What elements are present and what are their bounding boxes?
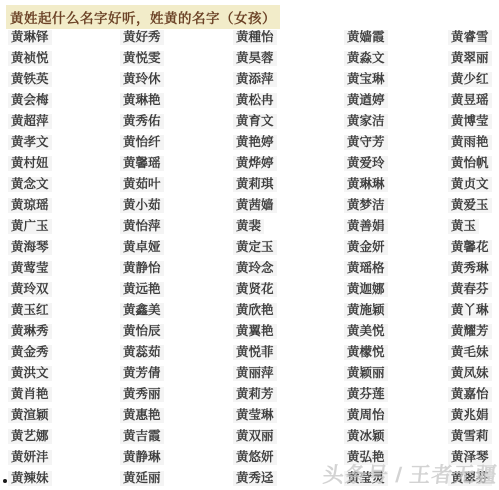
name-item: 黄昱瑶 (448, 93, 492, 108)
name-item: 黄延丽 (120, 471, 164, 486)
name-column-2: 黄好秀黄悦雯黄玲休黄琳艳黄秀佑黄怡纤黄馨瑶黄茹叶黄小茹黄怡萍黄卓娅黄静怡黄远艳黄… (120, 30, 164, 490)
name-column-1: 黄琳铎黄祯悦黄铁英黄会梅黄超萍黄孝文黄村妞黄念文黄琼瑶黄广玉黄海琴黄莺莹黄玲双黄… (8, 30, 52, 490)
name-item: 黄念文 (8, 177, 52, 192)
name-item: 黄翠丽 (448, 51, 492, 66)
name-item: 黄馨花 (448, 240, 492, 255)
name-item: 黄琳铎 (8, 30, 52, 45)
name-item: 黄秀丽 (120, 387, 164, 402)
name-item: 黄渲颖 (8, 408, 52, 423)
name-item: 黄玉 (448, 219, 479, 234)
name-item: 黄金妍 (344, 240, 388, 255)
name-item: 黄梦洁 (344, 198, 388, 213)
name-item: 黄琼瑶 (8, 198, 52, 213)
name-item: 黄春芬 (448, 282, 492, 297)
name-column-4: 黄嫱霞黄淼文黄宝琳黄遒婷黄家洁黄守芳黄爱玲黄琳琳黄梦洁黄善娟黄金妍黄瑶格黄迦娜黄… (344, 30, 388, 490)
name-item: 黄莺莹 (8, 261, 52, 276)
name-item: 黄嘉怡 (448, 387, 492, 402)
name-item: 黄村妞 (8, 156, 52, 171)
name-item: 黄嫱霞 (344, 30, 388, 45)
name-item: 黄怡萍 (120, 219, 164, 234)
name-item: 黄超萍 (8, 114, 52, 129)
name-item: 黄施颖 (344, 303, 388, 318)
name-item: 黄悦菲 (233, 345, 277, 360)
name-item: 黄雪莉 (448, 429, 492, 444)
name-item: 黄好秀 (120, 30, 164, 45)
name-item: 黄爱玉 (448, 198, 492, 213)
name-item: 黄艺娜 (8, 429, 52, 444)
name-item: 黄茜嫱 (233, 198, 277, 213)
name-item: 黄怡纤 (120, 135, 164, 150)
name-item: 黄双丽 (233, 429, 277, 444)
name-item: 黄玲念 (233, 261, 277, 276)
name-item: 黄凤妹 (448, 366, 492, 381)
name-item: 黄金秀 (8, 345, 52, 360)
name-item: 黄添萍 (233, 72, 277, 87)
name-item: 黄琳秀 (8, 324, 52, 339)
name-item: 黄守芳 (344, 135, 388, 150)
name-item: 黄怡辰 (120, 324, 164, 339)
name-item: 黄迦娜 (344, 282, 388, 297)
name-item: 黄远艳 (120, 282, 164, 297)
name-item: 黄周怡 (344, 408, 388, 423)
name-item: 黄惠艳 (120, 408, 164, 423)
name-item: 黄悦雯 (120, 51, 164, 66)
name-item: 黄丽萍 (233, 366, 277, 381)
name-item: 黄卓娅 (120, 240, 164, 255)
name-item: 黄孝文 (8, 135, 52, 150)
name-item: 黄秀迳 (233, 471, 277, 486)
name-item: 黄育文 (233, 114, 277, 129)
name-item: 黄莹琳 (233, 408, 277, 423)
name-item: 黄冰颖 (344, 429, 388, 444)
name-item: 黄昊蓉 (233, 51, 277, 66)
name-item: 黄玲双 (8, 282, 52, 297)
name-item: 黄裴 (233, 219, 264, 234)
article-title: 黄姓起什么名字好听，姓黄的名字（女孩） (6, 5, 280, 29)
name-item: 黄莉琪 (233, 177, 277, 192)
name-item: 黄秀琳 (448, 261, 492, 276)
name-item: 黄少红 (448, 72, 492, 87)
name-item: 黄美悦 (344, 324, 388, 339)
name-item: 黄鑫美 (120, 303, 164, 318)
name-item: 黄兆娟 (448, 408, 492, 423)
name-item: 黄善娟 (344, 219, 388, 234)
name-item: 黄静琳 (120, 450, 164, 465)
name-item: 黄翠芬 (448, 471, 492, 486)
name-item: 黄弘艳 (344, 450, 388, 465)
name-item: 黄广玉 (8, 219, 52, 234)
name-item: 黄静怡 (120, 261, 164, 276)
name-item: 黄馨瑶 (120, 156, 164, 171)
name-item: 黄茹叶 (120, 177, 164, 192)
name-item: 黄睿雪 (448, 30, 492, 45)
name-item: 黄泽琴 (448, 450, 492, 465)
name-item: 黄宝琳 (344, 72, 388, 87)
name-item: 黄欣艳 (233, 303, 277, 318)
name-item: 黄怡帆 (448, 156, 492, 171)
name-item: 黄洪文 (8, 366, 52, 381)
name-column-5: 黄睿雪黄翠丽黄少红黄昱瑶黄博莹黄雨艳黄怡帆黄贞文黄爱玉黄玉黄馨花黄秀琳黄春芬黄丫… (448, 30, 492, 490)
name-item: 黄瑶格 (344, 261, 388, 276)
name-item: 黄毛妹 (448, 345, 492, 360)
name-item: 黄莉芳 (233, 387, 277, 402)
name-item: 黄博莹 (448, 114, 492, 129)
article-page: 黄姓起什么名字好听，姓黄的名字（女孩） 黄琳铎黄祯悦黄铁英黄会梅黄超萍黄孝文黄村… (0, 0, 499, 490)
name-item: 黄悠妍 (233, 450, 277, 465)
name-item: 黄家洁 (344, 114, 388, 129)
name-column-3: 黄種怡黄昊蓉黄添萍黄松冉黄育文黄艳婷黄烨婷黄莉琪黄茜嫱黄裴黄定玉黄玲念黄贤花黄欣… (233, 30, 277, 490)
name-item: 黄辣妹 (8, 471, 52, 486)
name-item: 黄烨婷 (233, 156, 277, 171)
name-item: 黄淼文 (344, 51, 388, 66)
name-item: 黄芳倩 (120, 366, 164, 381)
name-item: 黄贞文 (448, 177, 492, 192)
name-item: 黄莹灵 (344, 471, 388, 486)
name-item: 黄玲休 (120, 72, 164, 87)
name-item: 黄艳婷 (233, 135, 277, 150)
name-item: 黄雨艳 (448, 135, 492, 150)
name-item: 黄祯悦 (8, 51, 52, 66)
name-item: 黄吉霞 (120, 429, 164, 444)
list-bullet-dot (3, 479, 7, 483)
name-item: 黄松冉 (233, 93, 277, 108)
name-item: 黄耀芳 (448, 324, 492, 339)
name-item: 黄秀佑 (120, 114, 164, 129)
name-item: 黄琳艳 (120, 93, 164, 108)
name-grid: 黄琳铎黄祯悦黄铁英黄会梅黄超萍黄孝文黄村妞黄念文黄琼瑶黄广玉黄海琴黄莺莹黄玲双黄… (0, 30, 499, 490)
name-item: 黄小茹 (120, 198, 164, 213)
name-item: 黄铁英 (8, 72, 52, 87)
name-item: 黄琳琳 (344, 177, 388, 192)
name-item: 黄肖艳 (8, 387, 52, 402)
name-item: 黄定玉 (233, 240, 277, 255)
name-item: 黄蕊茹 (120, 345, 164, 360)
name-item: 黄種怡 (233, 30, 277, 45)
name-item: 黄玉红 (8, 303, 52, 318)
name-item: 黄遒婷 (344, 93, 388, 108)
name-item: 黄芬莲 (344, 387, 388, 402)
name-item: 黄檬悦 (344, 345, 388, 360)
name-item: 黄翼艳 (233, 324, 277, 339)
name-item: 黄丫琳 (448, 303, 492, 318)
name-item: 黄妍沣 (8, 450, 52, 465)
name-item: 黄爱玲 (344, 156, 388, 171)
name-item: 黄颖丽 (344, 366, 388, 381)
name-item: 黄会梅 (8, 93, 52, 108)
name-item: 黄贤花 (233, 282, 277, 297)
name-item: 黄海琴 (8, 240, 52, 255)
